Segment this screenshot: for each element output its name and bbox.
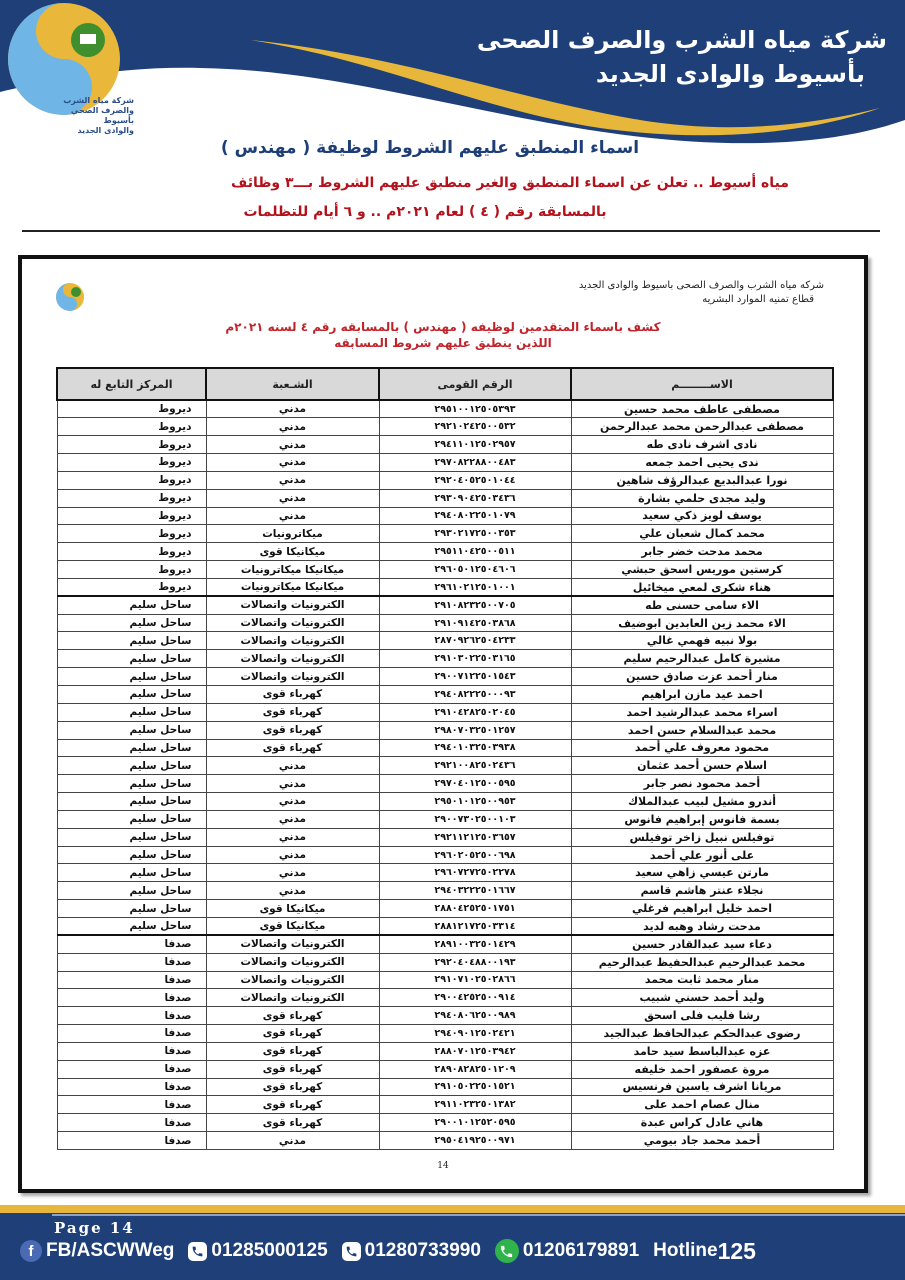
applicant-name-cell: هاني عادل كراس عبدة (571, 1114, 833, 1132)
applicant-name-cell: يوسف لويز ذكي سعيد (571, 507, 833, 525)
branch-cell: الكترونيات واتصالات (206, 953, 379, 971)
announcement-headline: اسماء المنطبق عليهم الشروط لوظيفة ( مهند… (150, 138, 710, 158)
center-cell: ديروط (57, 543, 206, 561)
national-id-cell: ٢٩٥٠١٠١٢٥٠٠٩٥٣ (379, 793, 571, 811)
applicant-name-cell: مصطفى عاطف محمد حسين (571, 400, 833, 418)
applicant-name-cell: مارتن عيسي زاهي سعيد (571, 864, 833, 882)
national-id-cell: ٢٩٦٠٢٠٥٢٥٠٠٦٩٨ (379, 846, 571, 864)
center-cell: ساحل سليم (57, 846, 206, 864)
branch-cell: كهرباء قوى (206, 739, 379, 757)
branch-cell: الكترونيات واتصالات (206, 650, 379, 668)
table-row: مروة عصفور احمد خليفه٢٨٩٠٨٢٨٢٥٠١٢٠٩كهربا… (57, 1060, 833, 1078)
table-row: نجلاء عنتر هاشم قاسم٢٩٤٠٣٢٢٢٥٠١٦٦٧مدنيسا… (57, 882, 833, 900)
national-id-cell: ٢٩٤٠٣٢٢٢٥٠١٦٦٧ (379, 882, 571, 900)
page-label: Page 14 (54, 1219, 135, 1237)
branch-cell: مدني (206, 400, 379, 418)
phone-number-1[interactable]: 01285000125 (211, 1240, 327, 1262)
applicant-name-cell: مصطفى عبدالرحمن محمد عبدالرحمن (571, 418, 833, 436)
branch-cell: ميكانيكا ميكاترونيات (206, 578, 379, 596)
applicant-name-cell: احمد خليل ابراهيم فرغلي (571, 900, 833, 918)
applicant-name-cell: نادى اشرف نادى طه (571, 436, 833, 454)
center-cell: صدفا (57, 989, 206, 1007)
table-row: ندى يحيى احمد جمعه٢٩٧٠٨٢٢٨٨٠٠٤٨٣مدنيديرو… (57, 454, 833, 472)
branch-cell: كهرباء قوى (206, 721, 379, 739)
national-id-cell: ٢٩١٠٤٢٨٢٥٠٢٠٤٥ (379, 703, 571, 721)
applicant-name-cell: أحمد محمود نصر جابر (571, 775, 833, 793)
center-cell: صدفا (57, 1025, 206, 1043)
table-row: كرستين موريس اسحق حبشي٢٩٦٠٥٠١٢٥٠٤٦٠٦ميكا… (57, 561, 833, 579)
branch-cell: ميكانيكا قوى (206, 900, 379, 918)
branch-cell: كهرباء قوى (206, 686, 379, 704)
header-center: المركز التابع له (57, 368, 206, 400)
hotline-number[interactable]: 125 (718, 1238, 756, 1265)
table-row: اسراء محمد عبدالرشيد احمد٢٩١٠٤٢٨٢٥٠٢٠٤٥ك… (57, 703, 833, 721)
branch-cell: كهرباء قوى (206, 1078, 379, 1096)
table-row: مريانا اشرف ياسين فرنسيس٢٩١٠٥٠٢٢٥٠١٥٢١كه… (57, 1078, 833, 1096)
branch-cell: كهرباء قوى (206, 1096, 379, 1114)
national-id-cell: ٢٩١٠٣٠٢٢٥٠٣١٦٥ (379, 650, 571, 668)
contact-bar: f FB/ASCWWeg 01285000125 01280733990 012… (20, 1238, 756, 1264)
center-cell: ديروط (57, 418, 206, 436)
center-cell: ساحل سليم (57, 596, 206, 614)
applicant-name-cell: توفيلس نبيل زاخر توفيلس (571, 828, 833, 846)
table-row: نادى اشرف نادى طه٢٩٤١١٠١٢٥٠٢٩٥٧مدنيديروط (57, 436, 833, 454)
applicant-name-cell: محمد مدحت خضر جابر (571, 543, 833, 561)
national-id-cell: ٢٩٤٠١٠٣٢٥٠٣٩٣٨ (379, 739, 571, 757)
footer-gold-stripe (0, 1205, 905, 1213)
branch-cell: مدني (206, 418, 379, 436)
national-id-cell: ٢٩٣٠٢١٧٢٥٠٠٣٥٣ (379, 525, 571, 543)
national-id-cell: ٢٩٥٠٤١٩٢٥٠٠٩٧١ (379, 1132, 571, 1150)
center-cell: ديروط (57, 489, 206, 507)
applicant-name-cell: رضوى عبدالحكم عبدالحافظ عبدالجيد (571, 1025, 833, 1043)
branch-cell: الكترونيات واتصالات (206, 971, 379, 989)
center-cell: صدفا (57, 1096, 206, 1114)
announcement-subheadline: مياه أسيوط .. تعلن عن اسماء المنطبق والغ… (150, 175, 870, 191)
center-cell: ساحل سليم (57, 632, 206, 650)
table-row: أندرو مشيل لبيب عبدالملاك٢٩٥٠١٠١٢٥٠٠٩٥٣م… (57, 793, 833, 811)
document-page-number: 14 (22, 1161, 864, 1171)
center-cell: صدفا (57, 971, 206, 989)
national-id-cell: ٢٩٦١٠٢١٢٥٠١٠٠١ (379, 578, 571, 596)
header-banner: شركة مياه الشرب والصرف الصحي بأسيوط والو… (0, 0, 905, 150)
applicant-name-cell: ندى يحيى احمد جمعه (571, 454, 833, 472)
phone-number-2[interactable]: 01280733990 (365, 1240, 481, 1262)
national-id-cell: ٢٩٠٠٧١٢٢٥٠١٥٤٣ (379, 668, 571, 686)
phone-icon-2 (342, 1242, 361, 1261)
national-id-cell: ٢٨٧٠٩٢٦٢٥٠٤٢٣٣ (379, 632, 571, 650)
applicant-name-cell: أحمد محمد جاد بيومي (571, 1132, 833, 1150)
table-row: عزه عبدالباسط سيد حامد٢٨٨٠٧٠١٢٥٠٣٩٤٢كهرب… (57, 1042, 833, 1060)
applicant-name-cell: نورا عبدالبديع عبدالرؤف شاهين (571, 471, 833, 489)
branch-cell: ميكاترونيات (206, 525, 379, 543)
national-id-cell: ٢٩١٠٨٢٣٢٥٠٠٧٠٥ (379, 596, 571, 614)
applicant-name-cell: محمود معروف علي أحمد (571, 739, 833, 757)
national-id-cell: ٢٩٤٠٨٢٢٢٥٠٠٠٩٣ (379, 686, 571, 704)
logo-caption: شركة مياه الشرب والصرف الصحي بأسيوط والو… (44, 96, 134, 136)
applicant-name-cell: الاء سامى حسنى طه (571, 596, 833, 614)
branch-cell: الكترونيات واتصالات (206, 596, 379, 614)
branch-cell: مدني (206, 864, 379, 882)
national-id-cell: ٢٩٤٠٨٠٢٢٥٠١٠٧٩ (379, 507, 571, 525)
branch-cell: مدني (206, 882, 379, 900)
center-cell: ساحل سليم (57, 668, 206, 686)
center-cell: صدفا (57, 1132, 206, 1150)
center-cell: ساحل سليم (57, 757, 206, 775)
applicant-name-cell: هناء شكرى لمعي ميخائيل (571, 578, 833, 596)
branch-cell: ميكانيكا ميكاترونيات (206, 561, 379, 579)
center-cell: ساحل سليم (57, 900, 206, 918)
center-cell: ديروط (57, 454, 206, 472)
branch-cell: الكترونيات واتصالات (206, 632, 379, 650)
whatsapp-number[interactable]: 01206179891 (523, 1240, 639, 1262)
center-cell: ساحل سليم (57, 828, 206, 846)
national-id-cell: ٢٩٧٠٨٢٢٨٨٠٠٤٨٣ (379, 454, 571, 472)
applicant-name-cell: احمد عيد مازن ابراهيم (571, 686, 833, 704)
table-row: يوسف لويز ذكي سعيد٢٩٤٠٨٠٢٢٥٠١٠٧٩مدنيديرو… (57, 507, 833, 525)
national-id-cell: ٢٩٧٠٤٠١٢٥٠٠٥٩٥ (379, 775, 571, 793)
national-id-cell: ٢٩٢١١٢١٢٥٠٣٦٥٧ (379, 828, 571, 846)
applicant-name-cell: بسمة فانوس إبراهيم فانوس (571, 810, 833, 828)
table-row: مشيرة كامل عبدالرحيم سليم٢٩١٠٣٠٢٢٥٠٣١٦٥ا… (57, 650, 833, 668)
applicant-name-cell: أندرو مشيل لبيب عبدالملاك (571, 793, 833, 811)
applicant-name-cell: وليد مجدى حلمي بشارة (571, 489, 833, 507)
applicant-name-cell: مروة عصفور احمد خليفه (571, 1060, 833, 1078)
branch-cell: ميكانيكا قوى (206, 543, 379, 561)
national-id-cell: ٢٩٣٠٩٠٤٢٥٠٣٤٣٦ (379, 489, 571, 507)
header-branch: الشـعبة (206, 368, 379, 400)
national-id-cell: ٢٩١٠٩١٤٢٥٠٣٨٦٨ (379, 614, 571, 632)
applicant-name-cell: بولا نبيه فهمي غالي (571, 632, 833, 650)
contact-footer: Page 14 f FB/ASCWWeg 01285000125 0128073… (0, 1205, 905, 1280)
table-row: بسمة فانوس إبراهيم فانوس٢٩٠٠٧٣٠٢٥٠٠١٠٣مد… (57, 810, 833, 828)
center-cell: ساحل سليم (57, 810, 206, 828)
table-row: هاني عادل كراس عبدة٢٩٠٠١٠١٢٥٢٠٥٩٥كهرباء … (57, 1114, 833, 1132)
center-cell: صدفا (57, 1078, 206, 1096)
table-row: احمد خليل ابراهيم فرغلي٢٨٨٠٤٢٥٢٥٠١٧٥١ميك… (57, 900, 833, 918)
center-cell: ساحل سليم (57, 775, 206, 793)
national-id-cell: ٢٩٤٠٨٠٦٢٥٠٠٩٨٩ (379, 1007, 571, 1025)
branch-cell: كهرباء قوى (206, 1060, 379, 1078)
national-id-cell: ٢٨٩١٠٠٣٢٥٠١٤٢٩ (379, 935, 571, 953)
branch-cell: مدني (206, 775, 379, 793)
national-id-cell: ٢٨٩٠٨٢٨٢٥٠١٢٠٩ (379, 1060, 571, 1078)
national-id-cell: ٢٩٥١٠٠١٢٥٠٥٣٩٣ (379, 400, 571, 418)
center-cell: ساحل سليم (57, 917, 206, 935)
table-row: محمد كمال شعبان علي٢٩٣٠٢١٧٢٥٠٠٣٥٣ميكاترو… (57, 525, 833, 543)
center-cell: صدفا (57, 1042, 206, 1060)
national-id-cell: ٢٨٨٠٤٢٥٢٥٠١٧٥١ (379, 900, 571, 918)
branch-cell: مدني (206, 454, 379, 472)
national-id-cell: ٢٩٢١٠٠٨٢٥٠٢٤٣٦ (379, 757, 571, 775)
national-id-cell: ٢٩٦٠٧٢٧٢٥٠٢٢٧٨ (379, 864, 571, 882)
table-body: مصطفى عاطف محمد حسين٢٩٥١٠٠١٢٥٠٥٣٩٣مدنيدي… (57, 400, 833, 1149)
branch-cell: مدني (206, 846, 379, 864)
table-row: بولا نبيه فهمي غالي٢٨٧٠٩٢٦٢٥٠٤٢٣٣الكترون… (57, 632, 833, 650)
applicant-name-cell: الاء محمد زين العابدين ابوضيف (571, 614, 833, 632)
center-cell: ديروط (57, 578, 206, 596)
phone-icon (188, 1242, 207, 1261)
national-id-cell: ٢٩١٠٧١٠٢٥٠٢٨٦٦ (379, 971, 571, 989)
table-row: محمود معروف علي أحمد٢٩٤٠١٠٣٢٥٠٣٩٣٨كهرباء… (57, 739, 833, 757)
branch-cell: الكترونيات واتصالات (206, 935, 379, 953)
national-id-cell: ٢٨٨٠٧٠١٢٥٠٣٩٤٢ (379, 1042, 571, 1060)
branch-cell: مدني (206, 489, 379, 507)
applicant-name-cell: محمد عبدالسلام حسن احمد (571, 721, 833, 739)
center-cell: ديروط (57, 561, 206, 579)
applicant-name-cell: نجلاء عنتر هاشم قاسم (571, 882, 833, 900)
facebook-handle[interactable]: FB/ASCWWeg (46, 1240, 174, 1262)
announcement-subheadline-2: بالمسابقة رقم ( ٤ ) لعام ٢٠٢١م .. و ٦ أي… (150, 204, 700, 220)
branch-cell: الكترونيات واتصالات (206, 989, 379, 1007)
header-divider (22, 230, 880, 232)
whatsapp-icon (495, 1239, 519, 1263)
company-location: بأسيوط والوادى الجديد (596, 60, 865, 88)
table-row: وليد أحمد حسني شبيب٢٩٠٠٤٢٥٢٥٠٠٩١٤الكترون… (57, 989, 833, 1007)
branch-cell: الكترونيات واتصالات (206, 614, 379, 632)
table-row: وليد مجدى حلمي بشارة٢٩٣٠٩٠٤٢٥٠٣٤٣٦مدنيدي… (57, 489, 833, 507)
branch-cell: مدني (206, 793, 379, 811)
applicant-name-cell: منار محمد ثابت محمد (571, 971, 833, 989)
table-row: هناء شكرى لمعي ميخائيل٢٩٦١٠٢١٢٥٠١٠٠١ميكا… (57, 578, 833, 596)
applicant-name-cell: عزه عبدالباسط سيد حامد (571, 1042, 833, 1060)
center-cell: ديروط (57, 400, 206, 418)
table-row: على أنور علي أحمد٢٩٦٠٢٠٥٢٥٠٠٦٩٨مدنيساحل … (57, 846, 833, 864)
national-id-cell: ٢٩٢٠٤٠٤٨٨٠٠١٩٣ (379, 953, 571, 971)
table-row: محمد مدحت خضر جابر٢٩٥١١٠٤٢٥٠٠٥١١ميكانيكا… (57, 543, 833, 561)
company-name: شركة مياه الشرب والصرف الصحى (477, 26, 887, 54)
table-row: منار محمد ثابت محمد٢٩١٠٧١٠٢٥٠٢٨٦٦الكترون… (57, 971, 833, 989)
center-cell: صدفا (57, 953, 206, 971)
branch-cell: ميكانيكا قوى (206, 917, 379, 935)
center-cell: ديروط (57, 471, 206, 489)
applicant-name-cell: اسراء محمد عبدالرشيد احمد (571, 703, 833, 721)
branch-cell: الكترونيات واتصالات (206, 668, 379, 686)
branch-cell: مدني (206, 507, 379, 525)
branch-cell: كهرباء قوى (206, 1007, 379, 1025)
branch-cell: مدني (206, 1132, 379, 1150)
national-id-cell: ٢٩٠٠٧٣٠٢٥٠٠١٠٣ (379, 810, 571, 828)
applicants-document: شركه مياه الشرب والصرف الصحى باسيوط والو… (18, 255, 868, 1193)
national-id-cell: ٢٩١١٠٢٣٢٥٠١٣٨٢ (379, 1096, 571, 1114)
applicant-name-cell: مشيرة كامل عبدالرحيم سليم (571, 650, 833, 668)
national-id-cell: ٢٩٤١١٠١٢٥٠٢٩٥٧ (379, 436, 571, 454)
document-logo (48, 281, 94, 315)
center-cell: ساحل سليم (57, 614, 206, 632)
applicant-name-cell: كرستين موريس اسحق حبشي (571, 561, 833, 579)
branch-cell: كهرباء قوى (206, 1114, 379, 1132)
table-row: دعاء سيد عبدالقادر حسين٢٨٩١٠٠٣٢٥٠١٤٢٩الك… (57, 935, 833, 953)
table-row: اسلام حسن أحمد عثمان٢٩٢١٠٠٨٢٥٠٢٤٣٦مدنيسا… (57, 757, 833, 775)
center-cell: ساحل سليم (57, 793, 206, 811)
national-id-cell: ٢٩١٠٥٠٢٢٥٠١٥٢١ (379, 1078, 571, 1096)
applicant-name-cell: وليد أحمد حسني شبيب (571, 989, 833, 1007)
facebook-icon: f (20, 1240, 42, 1262)
table-row: منار أحمد عزت صادق حسين٢٩٠٠٧١٢٢٥٠١٥٤٣الك… (57, 668, 833, 686)
national-id-cell: ٢٩٠٠٤٢٥٢٥٠٠٩١٤ (379, 989, 571, 1007)
applicant-name-cell: اسلام حسن أحمد عثمان (571, 757, 833, 775)
national-id-cell: ٢٨٨١٢١٧٢٥٠٣٣١٤ (379, 917, 571, 935)
branch-cell: مدني (206, 810, 379, 828)
table-row: الاء محمد زين العابدين ابوضيف٢٩١٠٩١٤٢٥٠٣… (57, 614, 833, 632)
center-cell: ساحل سليم (57, 650, 206, 668)
center-cell: ساحل سليم (57, 864, 206, 882)
applicant-name-cell: مدحت رشاد وهبه لديد (571, 917, 833, 935)
national-id-cell: ٢٩٥١١٠٤٢٥٠٠٥١١ (379, 543, 571, 561)
table-row: أحمد محمد جاد بيومي٢٩٥٠٤١٩٢٥٠٠٩٧١مدنيصدف… (57, 1132, 833, 1150)
table-row: رضوى عبدالحكم عبدالحافظ عبدالجيد٢٩٤٠٩٠١٢… (57, 1025, 833, 1043)
branch-cell: مدني (206, 436, 379, 454)
footer-divider (52, 1214, 905, 1216)
table-row: رشا فليب فلى اسحق٢٩٤٠٨٠٦٢٥٠٠٩٨٩كهرباء قو… (57, 1007, 833, 1025)
applicant-name-cell: مريانا اشرف ياسين فرنسيس (571, 1078, 833, 1096)
national-id-cell: ٢٩٢١٠٢٤٢٥٠٠٥٣٢ (379, 418, 571, 436)
header-name: الاســــــــم (571, 368, 833, 400)
table-row: الاء سامى حسنى طه٢٩١٠٨٢٣٢٥٠٠٧٠٥الكترونيا… (57, 596, 833, 614)
branch-cell: مدني (206, 828, 379, 846)
center-cell: ديروط (57, 507, 206, 525)
applicant-name-cell: منار أحمد عزت صادق حسين (571, 668, 833, 686)
center-cell: صدفا (57, 1060, 206, 1078)
applicants-table: الاســــــــم الرقم القومى الشـعبة المرك… (56, 367, 834, 1150)
table-row: أحمد محمود نصر جابر٢٩٧٠٤٠١٢٥٠٠٥٩٥مدنيساح… (57, 775, 833, 793)
table-row: محمد عبدالرحيم عبدالحفيظ عبدالرحيم٢٩٢٠٤٠… (57, 953, 833, 971)
table-header-row: الاســــــــم الرقم القومى الشـعبة المرك… (57, 368, 833, 400)
center-cell: صدفا (57, 1007, 206, 1025)
applicant-name-cell: منال عصام احمد على (571, 1096, 833, 1114)
applicant-name-cell: رشا فليب فلى اسحق (571, 1007, 833, 1025)
national-id-cell: ٢٩٢٠٤٠٥٢٥٠١٠٤٤ (379, 471, 571, 489)
center-cell: ساحل سليم (57, 739, 206, 757)
center-cell: ساحل سليم (57, 703, 206, 721)
applicant-name-cell: محمد عبدالرحيم عبدالحفيظ عبدالرحيم (571, 953, 833, 971)
hotline-label: Hotline (653, 1240, 717, 1262)
national-id-cell: ٢٩٦٠٥٠١٢٥٠٤٦٠٦ (379, 561, 571, 579)
table-row: مدحت رشاد وهبه لديد٢٨٨١٢١٧٢٥٠٣٣١٤ميكانيك… (57, 917, 833, 935)
table-row: توفيلس نبيل زاخر توفيلس٢٩٢١١٢١٢٥٠٣٦٥٧مدن… (57, 828, 833, 846)
applicant-name-cell: محمد كمال شعبان علي (571, 525, 833, 543)
center-cell: ساحل سليم (57, 721, 206, 739)
header-national-id: الرقم القومى (379, 368, 571, 400)
document-title: كشف باسماء المتقدمين لوظيفه ( مهندس ) با… (22, 319, 864, 351)
center-cell: ديروط (57, 525, 206, 543)
table-row: منال عصام احمد على٢٩١١٠٢٣٢٥٠١٣٨٢كهرباء ق… (57, 1096, 833, 1114)
branch-cell: كهرباء قوى (206, 1025, 379, 1043)
branch-cell: كهرباء قوى (206, 1042, 379, 1060)
center-cell: ساحل سليم (57, 882, 206, 900)
applicant-name-cell: دعاء سيد عبدالقادر حسين (571, 935, 833, 953)
document-organization: شركه مياه الشرب والصرف الصحى باسيوط والو… (579, 279, 824, 307)
table-row: مارتن عيسي زاهي سعيد٢٩٦٠٧٢٧٢٥٠٢٢٧٨مدنيسا… (57, 864, 833, 882)
applicant-name-cell: على أنور علي أحمد (571, 846, 833, 864)
branch-cell: مدني (206, 471, 379, 489)
national-id-cell: ٢٩٠٠١٠١٢٥٢٠٥٩٥ (379, 1114, 571, 1132)
center-cell: ديروط (57, 436, 206, 454)
national-id-cell: ٢٩٤٠٩٠١٢٥٠٢٤٢١ (379, 1025, 571, 1043)
table-row: مصطفى عبدالرحمن محمد عبدالرحمن٢٩٢١٠٢٤٢٥٠… (57, 418, 833, 436)
table-row: محمد عبدالسلام حسن احمد٢٩٨٠٧٠٣٢٥٠١٢٥٧كهر… (57, 721, 833, 739)
center-cell: صدفا (57, 935, 206, 953)
table-row: مصطفى عاطف محمد حسين٢٩٥١٠٠١٢٥٠٥٣٩٣مدنيدي… (57, 400, 833, 418)
branch-cell: كهرباء قوى (206, 703, 379, 721)
table-row: نورا عبدالبديع عبدالرؤف شاهين٢٩٢٠٤٠٥٢٥٠١… (57, 471, 833, 489)
center-cell: ساحل سليم (57, 686, 206, 704)
branch-cell: مدني (206, 757, 379, 775)
table-row: احمد عيد مازن ابراهيم٢٩٤٠٨٢٢٢٥٠٠٠٩٣كهربا… (57, 686, 833, 704)
national-id-cell: ٢٩٨٠٧٠٣٢٥٠١٢٥٧ (379, 721, 571, 739)
media-center-label: المركز الإعلامي (641, 93, 795, 117)
center-cell: صدفا (57, 1114, 206, 1132)
